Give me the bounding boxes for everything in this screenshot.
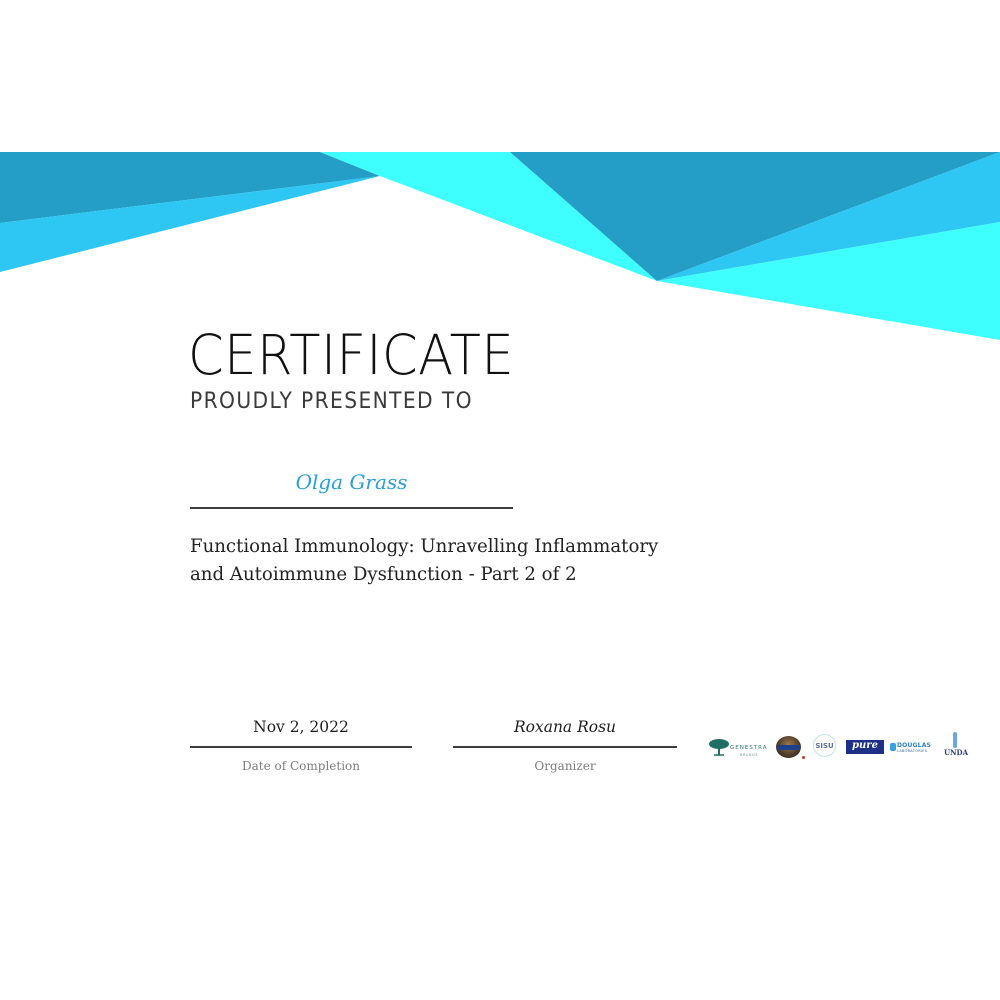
- genestra-logo: GENESTRA BRANDS: [706, 736, 768, 760]
- genestra-text: GENESTRA: [730, 745, 768, 751]
- genestra-sub: BRANDS: [740, 753, 758, 757]
- organizer-underline: [453, 746, 677, 748]
- certificate-subtitle: PROUDLY PRESENTED TO: [190, 391, 473, 413]
- recipient-name: Olga Grass: [190, 470, 513, 494]
- certificate-title: CERTIFICATE: [188, 328, 514, 383]
- unda-figure-icon: [953, 732, 957, 748]
- globe-badge-icon: [777, 745, 800, 750]
- tree-icon: [708, 738, 730, 756]
- douglas-logo: DOUGLAS LABORATORIES: [890, 742, 938, 754]
- completion-date: Nov 2, 2022: [190, 718, 412, 736]
- douglas-mark-icon: [890, 743, 896, 751]
- date-label: Date of Completion: [190, 759, 412, 773]
- recipient-underline: [190, 507, 513, 509]
- registered-dot: [802, 756, 805, 759]
- douglas-sub: LABORATORIES: [897, 749, 927, 753]
- organizer-name: Roxana Rosu: [453, 718, 677, 736]
- sponsor-logos: GENESTRA BRANDS SISU pure DOUGLAS LABORA…: [706, 732, 971, 762]
- unda-logo: UNDA: [944, 732, 966, 760]
- organizer-label: Organizer: [453, 759, 677, 773]
- garden-of-life-logo: [776, 736, 801, 758]
- date-underline: [190, 746, 412, 748]
- course-title-line-2: and Autoimmune Dysfunction - Part 2 of 2: [190, 561, 739, 589]
- douglas-text: DOUGLAS: [897, 742, 931, 749]
- course-title: Functional Immunology: Unravelling Infla…: [190, 533, 739, 589]
- pure-logo: pure: [846, 740, 884, 754]
- course-title-line-1: Functional Immunology: Unravelling Infla…: [190, 533, 739, 561]
- sisu-logo: SISU: [813, 734, 836, 757]
- decorative-banner: [0, 152, 1000, 352]
- unda-text: UNDA: [944, 748, 968, 757]
